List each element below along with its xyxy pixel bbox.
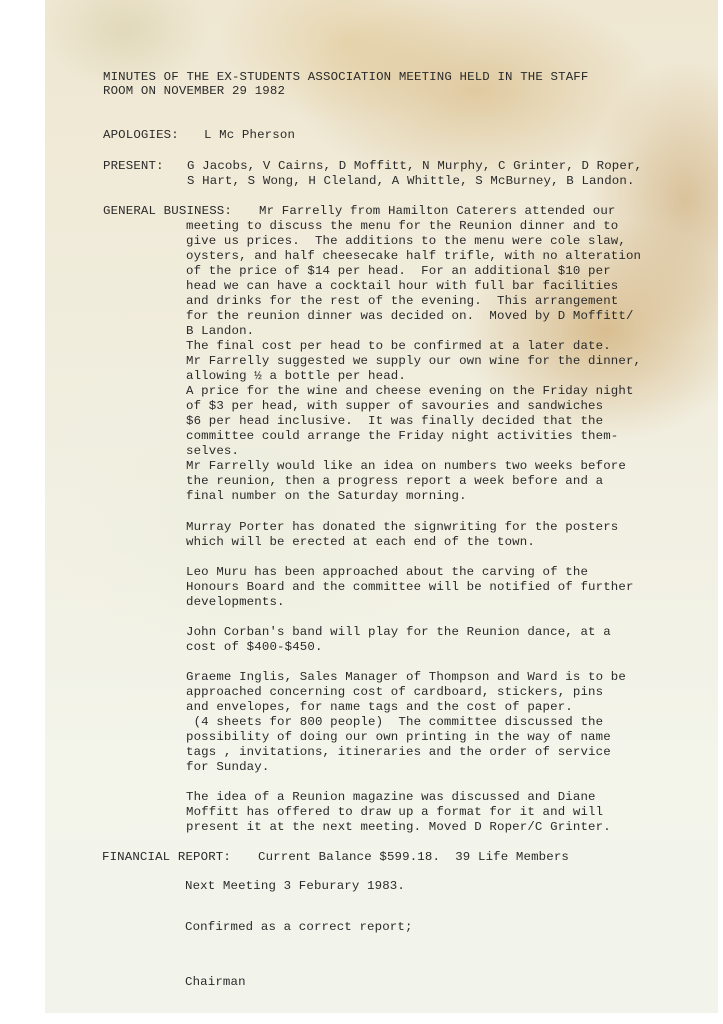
gb-line: for the reunion dinner was decided on. M…	[186, 309, 634, 323]
printing-paragraph-line: for Sunday.	[186, 760, 269, 774]
printing-paragraph-line: tags , invitations, itineraries and the …	[186, 745, 611, 759]
gb-line: The final cost per head to be confirmed …	[186, 339, 611, 353]
gb-line: meeting to discuss the menu for the Reun…	[186, 219, 618, 233]
gb-line: $6 per head inclusive. It was finally de…	[186, 414, 603, 428]
gb-line: committee could arrange the Friday night…	[186, 429, 618, 443]
confirmation-statement: Confirmed as a correct report;	[185, 920, 413, 934]
magazine-paragraph-line: The idea of a Reunion magazine was discu…	[186, 790, 596, 804]
present-line-2: S Hart, S Wong, H Cleland, A Whittle, S …	[187, 174, 635, 188]
financial-report-label: FINANCIAL REPORT:	[102, 850, 231, 864]
gb-line: head we can have a cocktail hour with fu…	[186, 279, 618, 293]
gb-line: of $3 per head, with supper of savouries…	[186, 399, 603, 413]
gb-line: Mr Farrelly suggested we supply our own …	[186, 354, 641, 368]
honours-board-paragraph-line: Leo Muru has been approached about the c…	[186, 565, 588, 579]
financial-report-value: Current Balance $599.18. 39 Life Members	[258, 850, 569, 864]
document-title-line-2: ROOM ON NOVEMBER 29 1982	[103, 84, 285, 98]
general-business-first-line: Mr Farrelly from Hamilton Caterers atten…	[259, 204, 616, 218]
honours-board-paragraph-line: Honours Board and the committee will be …	[186, 580, 634, 594]
gb-line: Mr Farrelly would like an idea on number…	[186, 459, 626, 473]
gb-line: the reunion, then a progress report a we…	[186, 474, 603, 488]
gb-line: allowing ½ a bottle per head.	[186, 369, 406, 383]
paper-page: MINUTES OF THE EX-STUDENTS ASSOCIATION M…	[45, 0, 718, 1013]
apologies-label: APOLOGIES:	[103, 128, 179, 142]
printing-paragraph-line: and envelopes, for name tags and the cos…	[186, 700, 573, 714]
gb-line: and drinks for the rest of the evening. …	[186, 294, 618, 308]
magazine-paragraph-line: Moffitt has offered to draw up a format …	[186, 805, 603, 819]
gb-line: oysters, and half cheesecake half trifle…	[186, 249, 641, 263]
magazine-paragraph-line: present it at the next meeting. Moved D …	[186, 820, 611, 834]
signwriting-paragraph-line: which will be erected at each end of the…	[186, 535, 535, 549]
present-line-1: G Jacobs, V Cairns, D Moffitt, N Murphy,…	[187, 159, 642, 173]
gb-line: give us prices. The additions to the men…	[186, 234, 626, 248]
printing-paragraph-line: Graeme Inglis, Sales Manager of Thompson…	[186, 670, 626, 684]
gb-line: selves.	[186, 444, 239, 458]
gb-line: B Landon.	[186, 324, 254, 338]
gb-line: A price for the wine and cheese evening …	[186, 384, 634, 398]
printing-paragraph-line: approached concerning cost of cardboard,…	[186, 685, 603, 699]
gb-line: final number on the Saturday morning.	[186, 489, 467, 503]
band-paragraph-line: cost of $400-$450.	[186, 640, 323, 654]
printing-paragraph-line: possibility of doing our own printing in…	[186, 730, 611, 744]
chairman-signature-label: Chairman	[185, 975, 246, 989]
document-title-line-1: MINUTES OF THE EX-STUDENTS ASSOCIATION M…	[103, 70, 588, 84]
gb-line: of the price of $14 per head. For an add…	[186, 264, 611, 278]
signwriting-paragraph-line: Murray Porter has donated the signwritin…	[186, 520, 618, 534]
printing-paragraph-line: (4 sheets for 800 people) The committee …	[186, 715, 603, 729]
band-paragraph-line: John Corban's band will play for the Reu…	[186, 625, 611, 639]
apologies-value: L Mc Pherson	[204, 128, 295, 142]
present-label: PRESENT:	[103, 159, 164, 173]
honours-board-paragraph-line: developments.	[186, 595, 285, 609]
general-business-label: GENERAL BUSINESS:	[103, 204, 232, 218]
next-meeting: Next Meeting 3 Feburary 1983.	[185, 879, 405, 893]
